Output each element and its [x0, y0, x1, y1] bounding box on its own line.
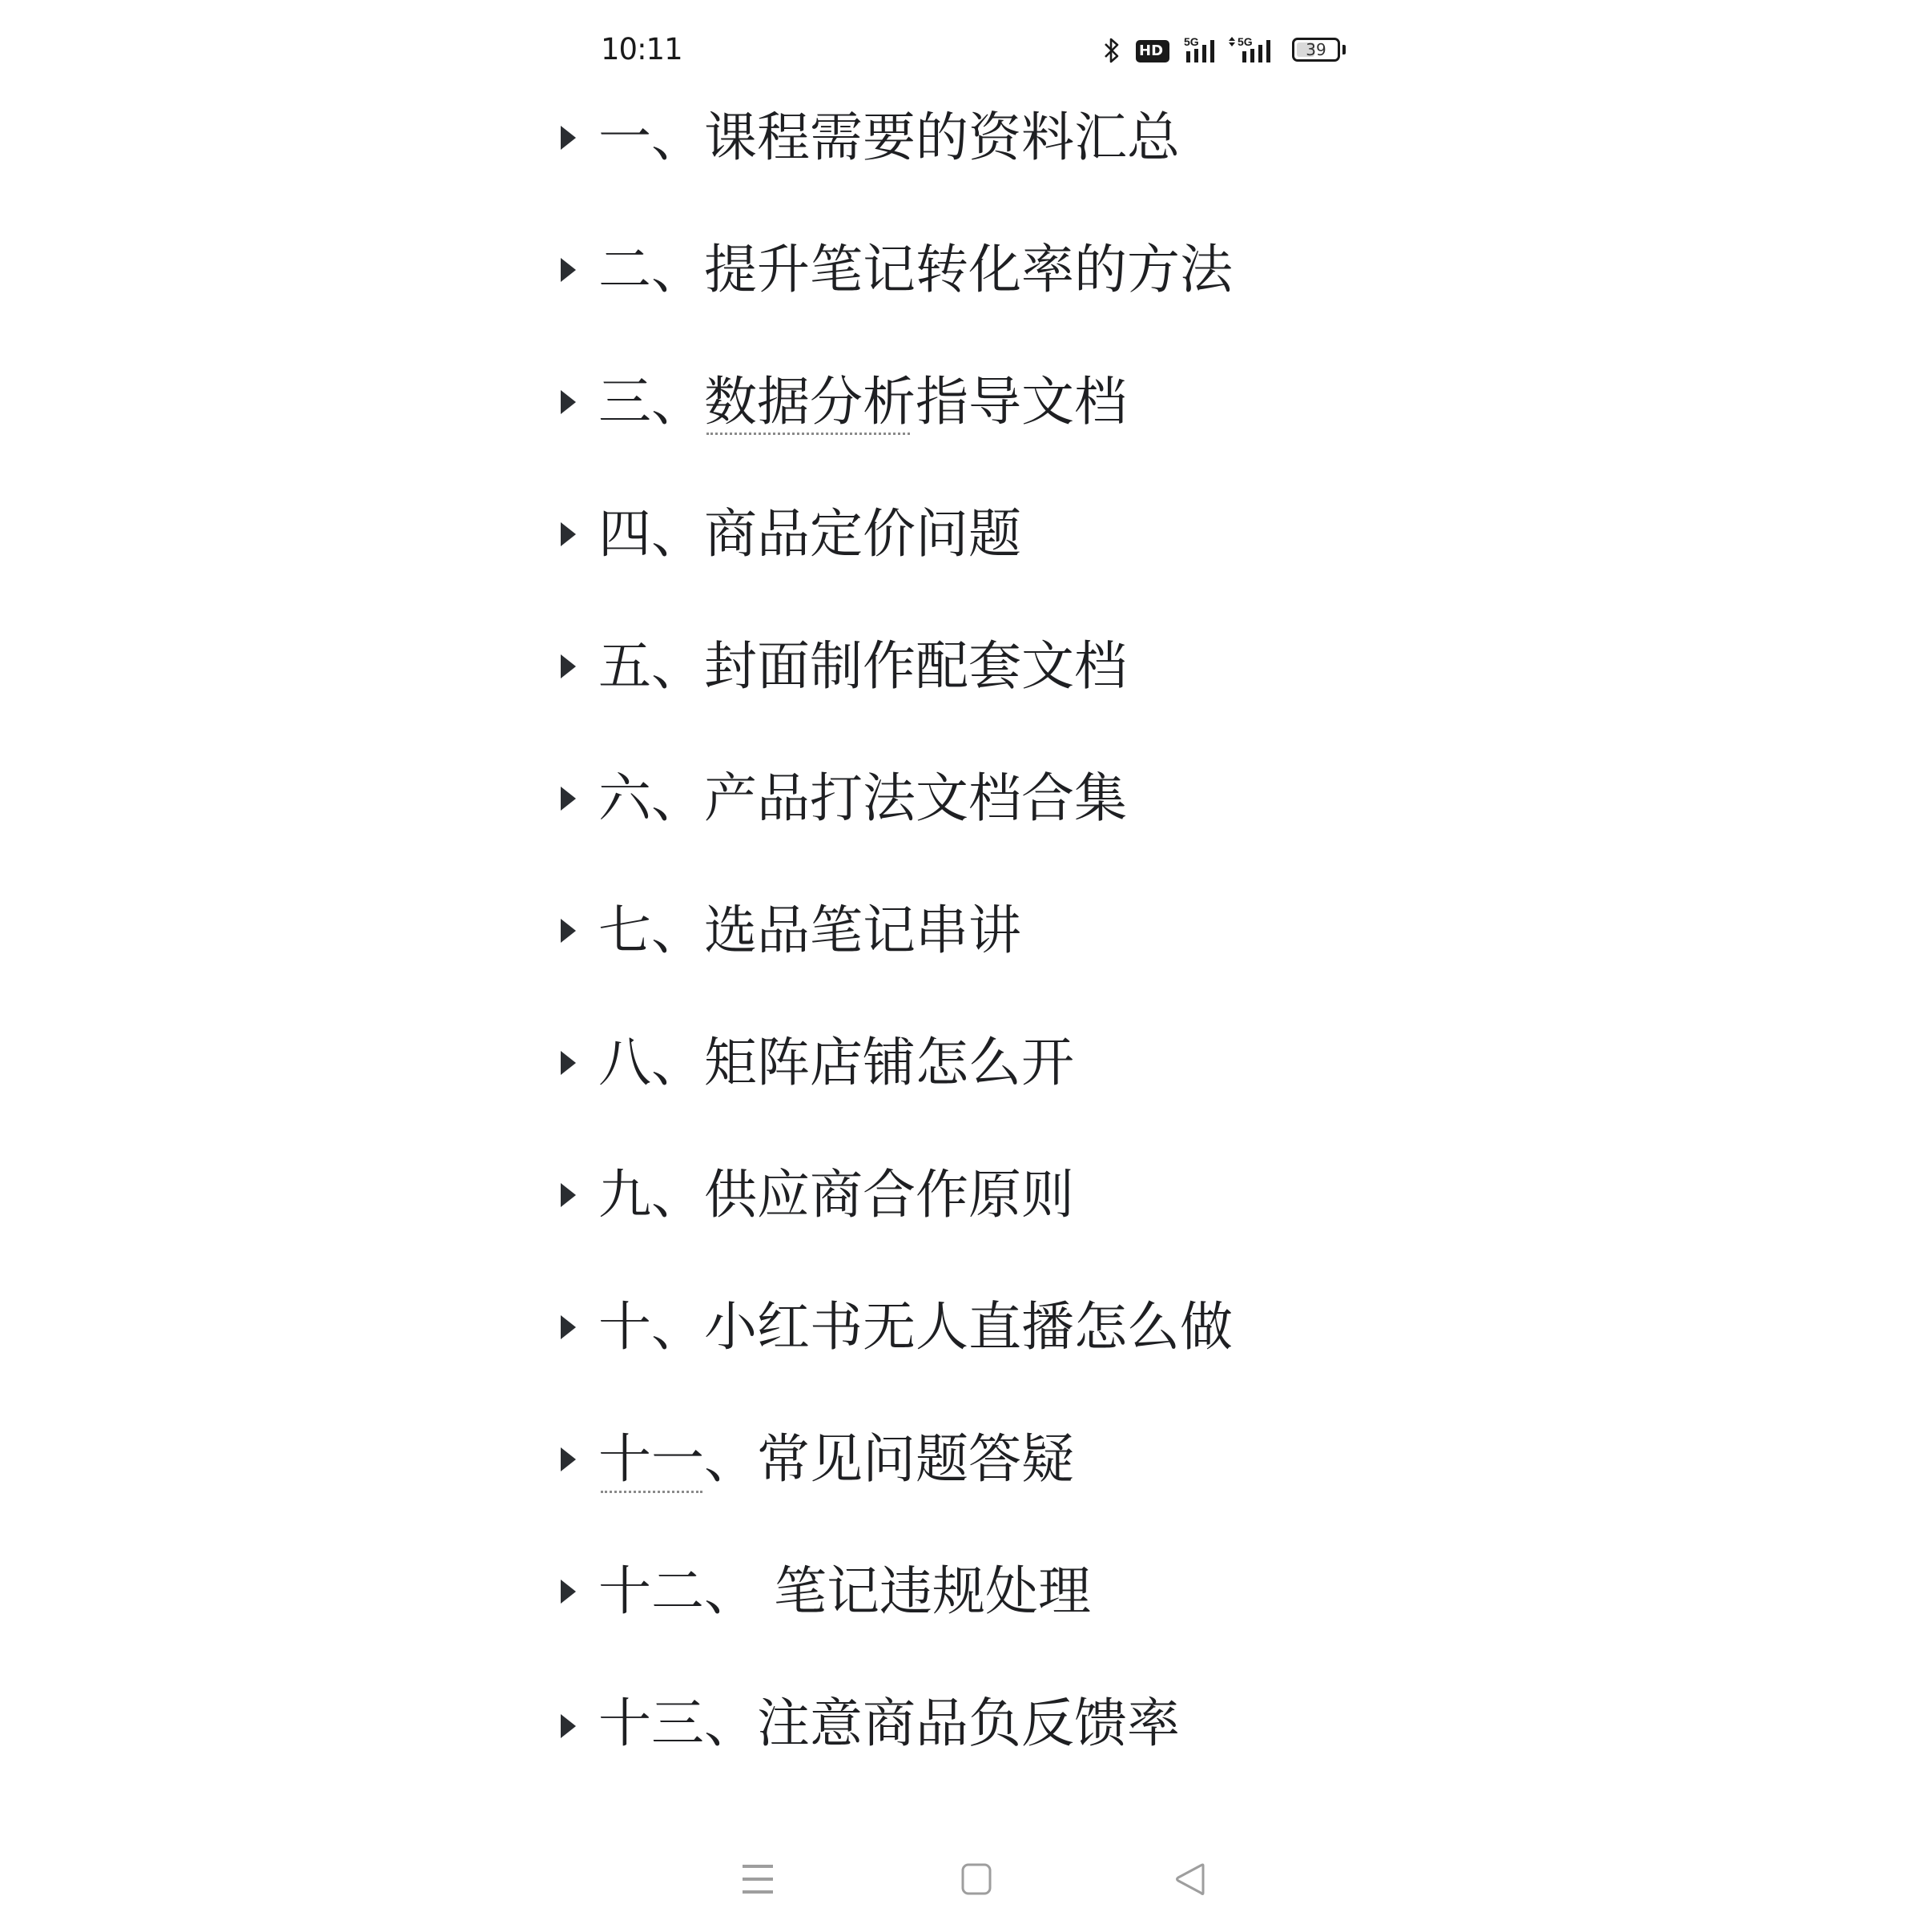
caret-right-icon[interactable]: [561, 1580, 576, 1604]
hd-voice-icon: HD: [1136, 40, 1169, 62]
battery-level: 39: [1294, 39, 1338, 60]
caret-right-icon[interactable]: [561, 390, 576, 414]
5g-data-signal-icon: 5G: [1229, 35, 1280, 64]
toggle-item-7[interactable]: 七、选品笔记串讲: [553, 891, 1434, 971]
battery-icon: 39: [1292, 38, 1340, 62]
toggle-label: 四、商品定价问题: [598, 502, 1021, 566]
toggle-label: 五、封面制作配套文档: [598, 634, 1127, 698]
caret-right-icon[interactable]: [561, 522, 576, 546]
bluetooth-icon: [1102, 37, 1121, 64]
toggle-label: 十、小红书无人直播怎么做: [598, 1295, 1233, 1359]
toggle-item-5[interactable]: 五、封面制作配套文档: [553, 626, 1434, 706]
toggle-label: 九、供应商合作原则: [598, 1163, 1074, 1227]
caret-right-icon[interactable]: [561, 1183, 576, 1207]
caret-right-icon[interactable]: [561, 258, 576, 282]
toggle-item-1[interactable]: 一、课程需要的资料汇总: [553, 98, 1434, 178]
toggle-label: 七、选品笔记串讲: [598, 899, 1021, 963]
toggle-label: 三、数据分析指导文档: [598, 370, 1127, 434]
home-icon[interactable]: [960, 1863, 993, 1895]
toggle-item-2[interactable]: 二、提升笔记转化率的方法: [553, 230, 1434, 310]
hd-label: HD: [1139, 42, 1163, 59]
battery-tip: [1342, 45, 1346, 54]
caret-right-icon[interactable]: [561, 126, 576, 150]
toggle-item-6[interactable]: 六、产品打法文档合集: [553, 759, 1434, 839]
toggle-label: 六、产品打法文档合集: [598, 767, 1127, 831]
toggle-label: 十二、 笔记违规处理: [598, 1560, 1091, 1624]
caret-right-icon[interactable]: [561, 919, 576, 943]
toggle-label: 二、提升笔记转化率的方法: [598, 238, 1233, 302]
caret-right-icon[interactable]: [561, 1447, 576, 1471]
toggle-item-4[interactable]: 四、商品定价问题: [553, 494, 1434, 574]
toggle-label: 一、课程需要的资料汇总: [598, 106, 1180, 170]
comment-underline[interactable]: [601, 1491, 702, 1493]
toggle-item-10[interactable]: 十、小红书无人直播怎么做: [553, 1287, 1434, 1367]
navigation-bar: [0, 1850, 1932, 1906]
toggle-item-3[interactable]: 三、数据分析指导文档: [553, 362, 1434, 442]
back-icon[interactable]: [1173, 1863, 1208, 1895]
caret-right-icon[interactable]: [561, 654, 576, 678]
toggle-item-8[interactable]: 八、矩阵店铺怎么开: [553, 1023, 1434, 1103]
caret-right-icon[interactable]: [561, 1051, 576, 1075]
caret-right-icon[interactable]: [561, 787, 576, 811]
toggle-label: 十三、注意商品负反馈率: [598, 1692, 1180, 1756]
caret-right-icon[interactable]: [561, 1714, 576, 1738]
toggle-item-11[interactable]: 十一、常见问题答疑: [553, 1419, 1434, 1499]
svg-text:5G: 5G: [1238, 35, 1253, 48]
status-time: 10:11: [601, 32, 682, 67]
5g-signal-icon: 5G: [1184, 35, 1224, 64]
toggle-item-12[interactable]: 十二、 笔记违规处理: [553, 1552, 1434, 1632]
svg-text:5G: 5G: [1184, 35, 1199, 48]
comment-underline[interactable]: [706, 433, 910, 435]
toggle-item-13[interactable]: 十三、注意商品负反馈率: [553, 1684, 1434, 1764]
recent-apps-icon[interactable]: [741, 1863, 776, 1895]
toggle-label: 十一、常见问题答疑: [598, 1427, 1074, 1491]
caret-right-icon[interactable]: [561, 1315, 576, 1339]
toggle-item-9[interactable]: 九、供应商合作原则: [553, 1155, 1434, 1235]
toggle-label: 八、矩阵店铺怎么开: [598, 1031, 1074, 1095]
